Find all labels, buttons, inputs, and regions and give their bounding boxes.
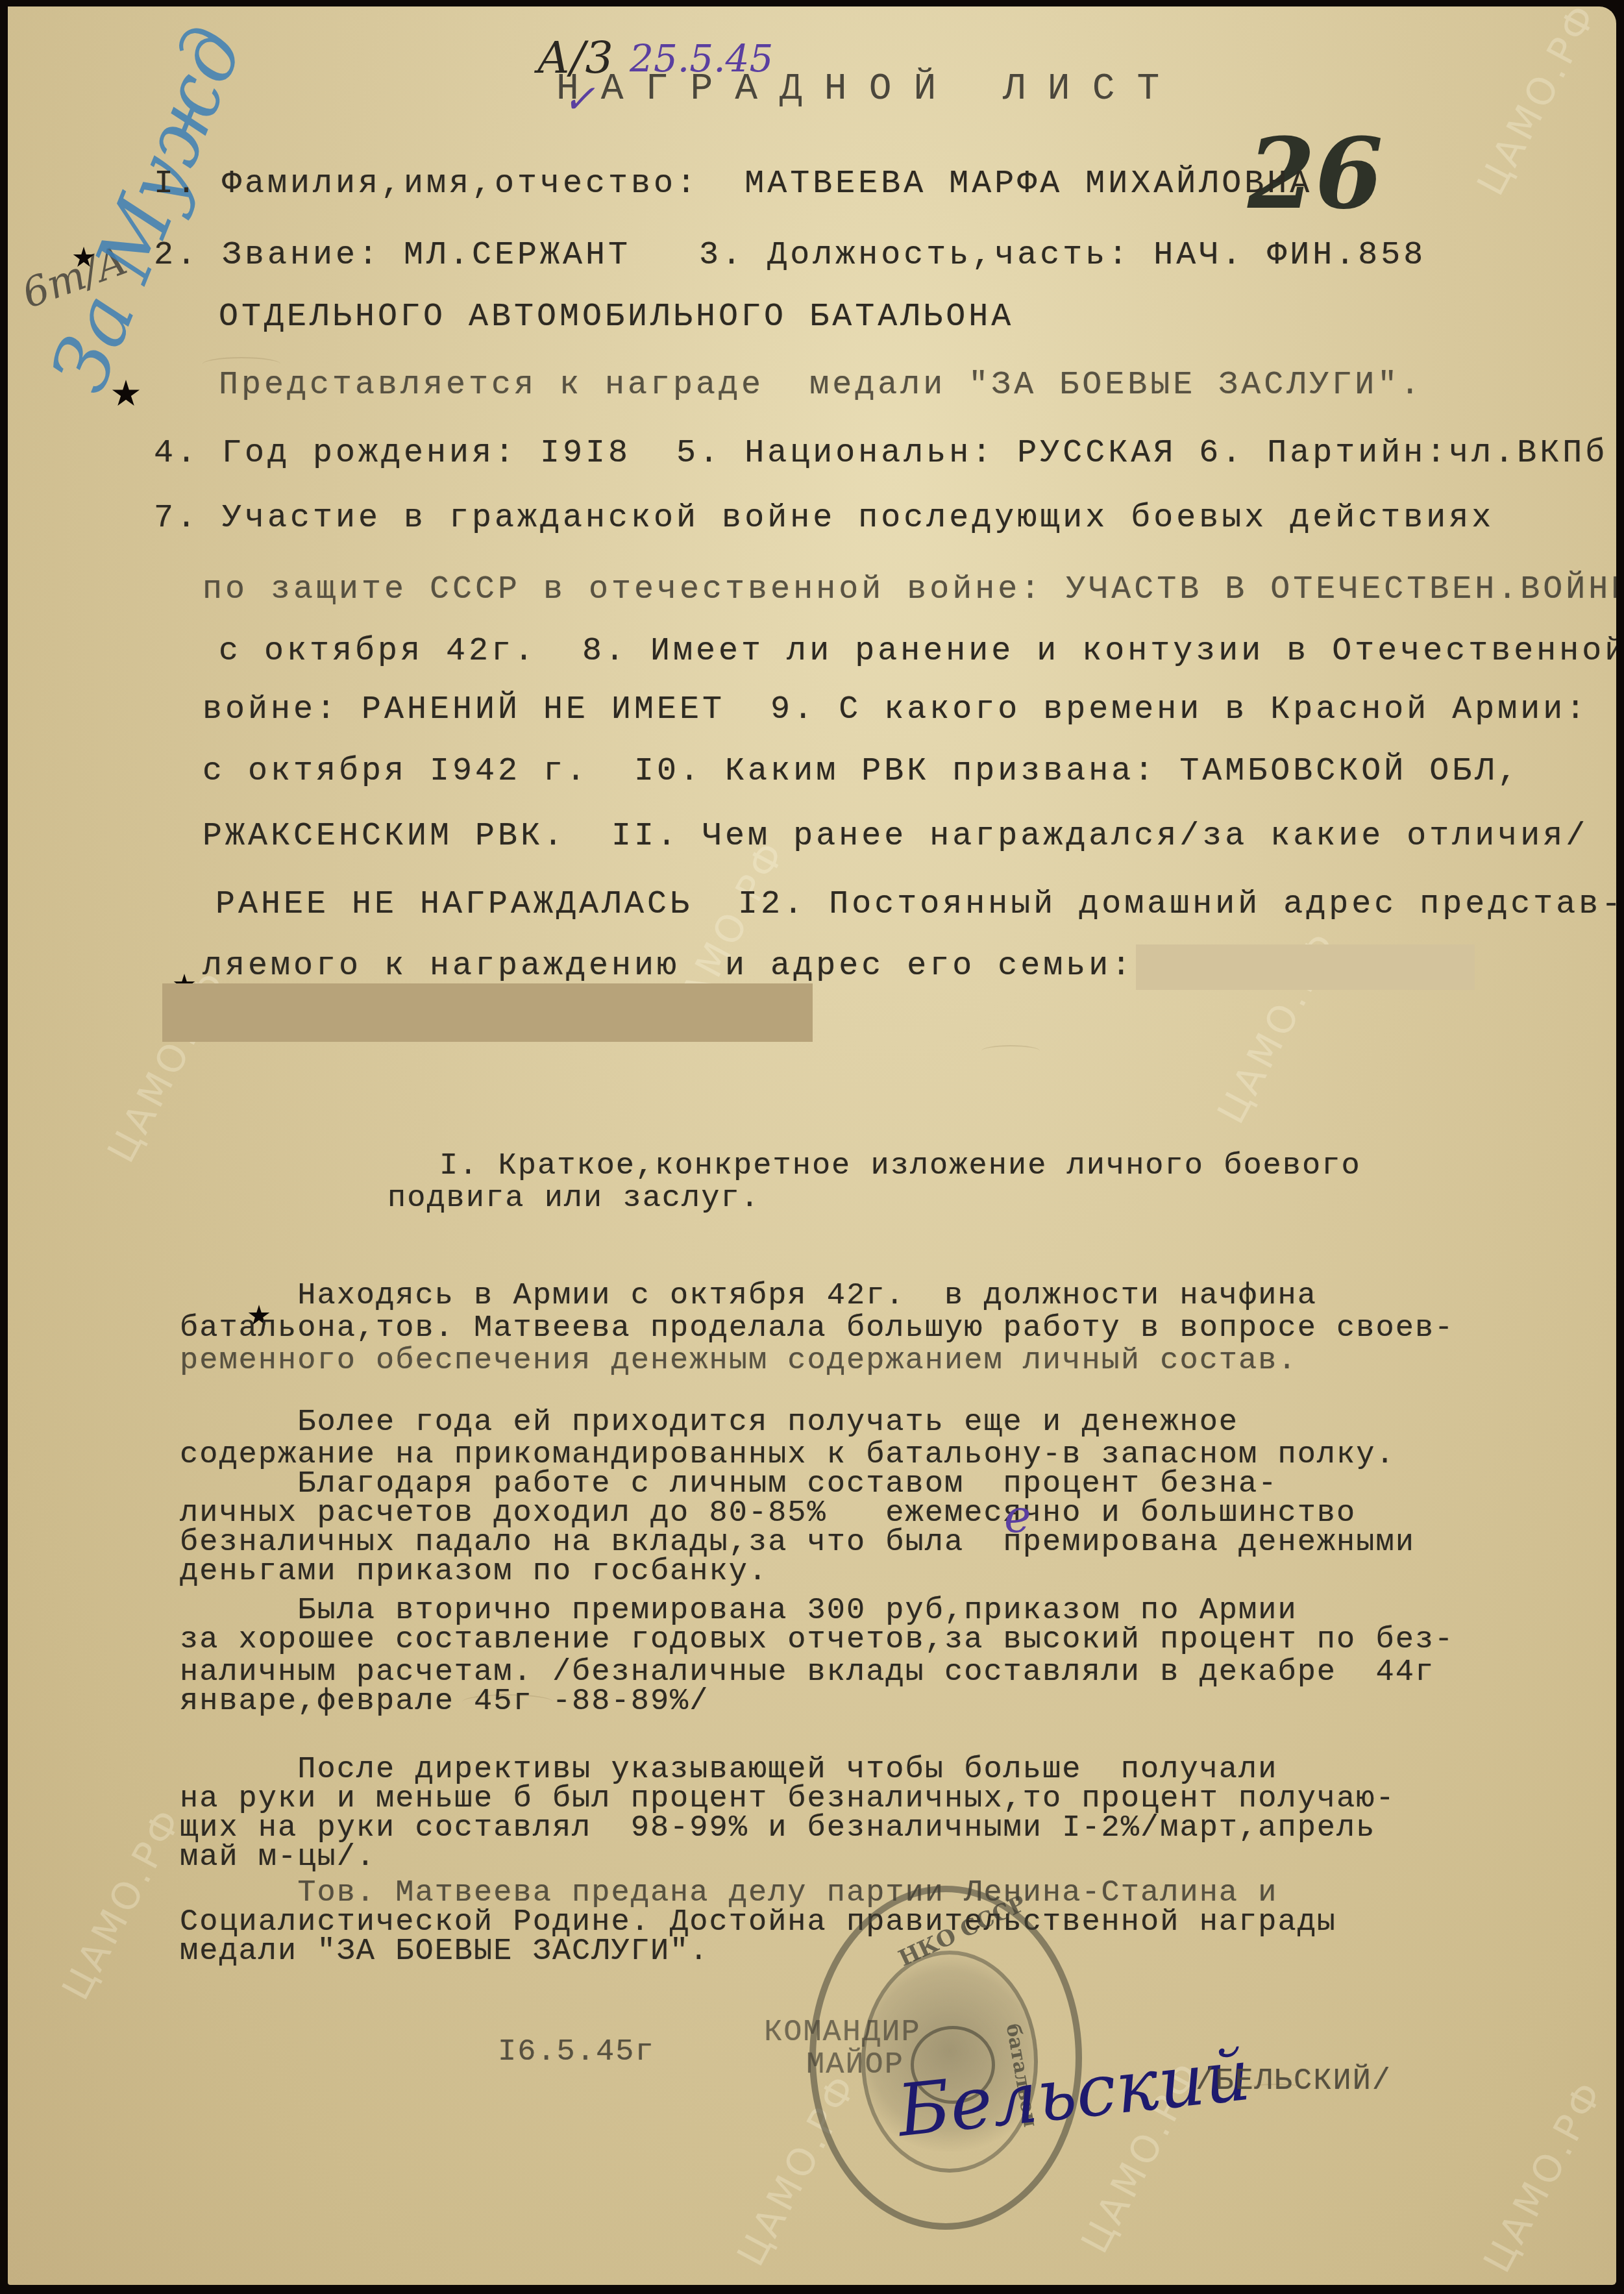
signature-title-rank: МАЙОР bbox=[806, 2048, 904, 2082]
narrative-line: ременного обеспечения денежным содержани… bbox=[180, 1344, 1298, 1378]
redacted-address-part bbox=[1136, 944, 1475, 990]
form-line-7-participation: 7. Участие в гражданской войне последующ… bbox=[154, 500, 1494, 537]
form-line-1-full-name: I. Фамилия,имя,отчество: МАТВЕЕВА МАРФА … bbox=[154, 166, 1312, 203]
redacted-address bbox=[162, 983, 813, 1042]
narrative-line: деньгами приказом по госбанку. bbox=[180, 1555, 768, 1589]
narrative-heading-continued: подвига или заслуг. bbox=[388, 1181, 760, 1216]
narrative-line: за хорошее составление годовых отчетов,з… bbox=[180, 1623, 1454, 1657]
form-line-9-army-since: войне: РАНЕНИЙ НЕ ИМЕЕТ 9. С какого врем… bbox=[203, 691, 1588, 728]
paper-fiber bbox=[981, 1045, 1040, 1057]
signature-date: I6.5.45г bbox=[498, 2035, 655, 2069]
form-line-11-previous-awards: РЖАКСЕНСКИМ РВК. II. Чем ранее награждал… bbox=[203, 818, 1588, 855]
form-line-7-continued: по защите СССР в отечественной войне: УЧ… bbox=[203, 571, 1616, 608]
form-line-unit: ОТДЕЛЬНОГО АВТОМОБИЛЬНОГО БАТАЛЬОНА bbox=[219, 299, 1014, 336]
watermark: ЦАМО.РФ bbox=[1468, 6, 1606, 203]
signature-title-commander: КОМАНДИР bbox=[764, 2016, 921, 2050]
form-line-4-6-birth-nationality-party: 4. Год рождения: I9I8 5. Национальн: РУС… bbox=[154, 435, 1608, 472]
form-line-12-address: РАНЕЕ НЕ НАГРАЖДАЛАСЬ I2. Постоянный дом… bbox=[215, 886, 1616, 923]
form-line-2-rank-position: 2. Звание: МЛ.СЕРЖАНТ 3. Должность,часть… bbox=[154, 237, 1426, 274]
narrative-line: Находясь в Армии с октября 42г. в должно… bbox=[180, 1279, 1317, 1313]
document-title: НАГРАДНОЙ ЛИСТ bbox=[556, 68, 1181, 110]
form-line-10-drafted-by: с октября I942 г. I0. Каким РВК призвана… bbox=[203, 753, 1520, 790]
form-line-award: Представляется к награде медали "ЗА БОЕВ… bbox=[219, 367, 1423, 404]
form-line-12-continued: ляемого к награждению и адрес его семьи: bbox=[203, 948, 1134, 985]
form-line-8-wounds: с октября 42г. 8. Имеет ли ранение и кон… bbox=[219, 633, 1616, 670]
margin-resolution: За Мужд bbox=[34, 16, 261, 404]
watermark: ЦАМО.РФ bbox=[53, 1799, 191, 2007]
signatory-name: /БЕЛЬСКИЙ/ bbox=[1196, 2064, 1392, 2099]
award-sheet-page: ЦАМО.РФ ЦАМО.РФ ЦАМО.РФ ЦАМО.РФ ЦАМО.РФ … bbox=[8, 6, 1616, 2285]
ink-correction: е bbox=[1004, 1490, 1031, 1543]
narrative-heading: I. Краткое,конкретное изложение личного … bbox=[439, 1149, 1361, 1183]
watermark: ЦАМО.РФ bbox=[1475, 2072, 1613, 2280]
narrative-line: медали "ЗА БОЕВЫЕ ЗАСЛУГИ". bbox=[180, 1934, 709, 1969]
narrative-line: май м-цы/. bbox=[180, 1840, 376, 1875]
narrative-line: Более года ей приходится получать еще и … bbox=[180, 1405, 1238, 1440]
narrative-line: январе,феврале 45г -88-89%/ bbox=[180, 1684, 709, 1719]
narrative-line: батальона,тов. Матвеева проделала большу… bbox=[180, 1311, 1454, 1346]
